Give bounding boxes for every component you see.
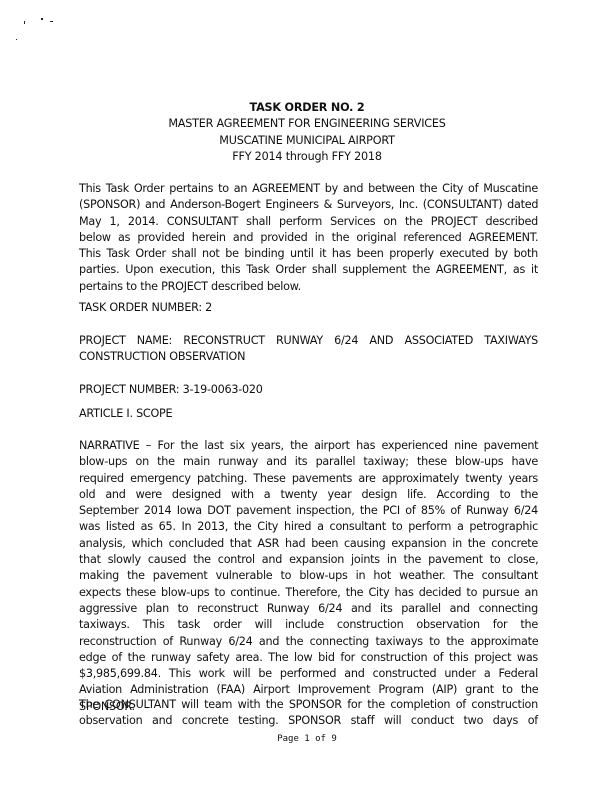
text-line: below as provided herein and provided in… xyxy=(79,230,538,246)
document-header: TASK ORDER NO. 2 MASTER AGREEMENT FOR EN… xyxy=(0,100,614,165)
project-number: PROJECT NUMBER: 3-19-0063-020 xyxy=(79,382,538,398)
text-line: reconstruction of Runway 6/24 and the co… xyxy=(79,634,538,650)
page-number: Page 1 of 9 xyxy=(0,734,614,744)
header-airport: MUSCATINE MUNICIPAL AIRPORT xyxy=(0,133,614,149)
text-line: edge of the runway safety area. The low … xyxy=(79,650,538,666)
text-line: blow-ups on the main runway and its para… xyxy=(79,454,538,470)
text-line: NARRATIVE – For the last six years, the … xyxy=(79,438,538,454)
text-line: old and were designed with a twenty year… xyxy=(79,487,538,503)
scan-speck xyxy=(41,18,43,20)
narrative-paragraph: NARRATIVE – For the last six years, the … xyxy=(79,438,538,715)
text-line: taxiways. This task order will include c… xyxy=(79,617,538,633)
text-line: (SPONSOR) and Anderson-Bogert Engineers … xyxy=(79,197,538,213)
article-heading: ARTICLE I. SCOPE xyxy=(79,406,538,422)
intro-paragraph: This Task Order pertains to an AGREEMENT… xyxy=(79,181,538,295)
scan-speck xyxy=(16,39,17,40)
project-name: PROJECT NAME: RECONSTRUCT RUNWAY 6/24 AN… xyxy=(79,333,538,366)
text-line: observation and concrete testing. SPONSO… xyxy=(79,713,538,729)
text-line: CONSTRUCTION OBSERVATION xyxy=(79,349,538,365)
text-line: required emergency patching. These pavem… xyxy=(79,471,538,487)
scan-speck xyxy=(50,21,53,22)
text-line: This Task Order pertains to an AGREEMENT… xyxy=(79,181,538,197)
text-line: expects these blow-ups to continue. Ther… xyxy=(79,585,538,601)
text-line: was listed as 65. In 2013, the City hire… xyxy=(79,519,538,535)
text-line: The CONSULTANT will team with the SPONSO… xyxy=(79,697,538,713)
consultant-paragraph: The CONSULTANT will team with the SPONSO… xyxy=(79,697,538,730)
task-order-number: TASK ORDER NUMBER: 2 xyxy=(79,300,538,316)
text-line: September 2014 Iowa DOT pavement inspect… xyxy=(79,503,538,519)
header-fiscal-years: FFY 2014 through FFY 2018 xyxy=(0,149,614,165)
text-line: May 1, 2014. CONSULTANT shall perform Se… xyxy=(79,214,538,230)
document-title: TASK ORDER NO. 2 xyxy=(0,100,614,116)
header-agreement: MASTER AGREEMENT FOR ENGINEERING SERVICE… xyxy=(0,116,614,132)
text-line: PROJECT NAME: RECONSTRUCT RUNWAY 6/24 AN… xyxy=(79,333,538,349)
text-line: parties. Upon execution, this Task Order… xyxy=(79,262,538,278)
document-page: TASK ORDER NO. 2 MASTER AGREEMENT FOR EN… xyxy=(0,0,614,800)
text-line: This Task Order shall not be binding unt… xyxy=(79,246,538,262)
text-line: aggressive plan to reconstruct Runway 6/… xyxy=(79,601,538,617)
text-line: that slowly caused the control and expan… xyxy=(79,552,538,568)
text-line: pertains to the PROJECT described below. xyxy=(79,279,538,295)
text-line: making the pavement vulnerable to blow-u… xyxy=(79,568,538,584)
scan-speck xyxy=(24,21,25,24)
text-line: $3,985,699.84. This work will be perform… xyxy=(79,666,538,682)
text-line: analysis, which concluded that ASR had b… xyxy=(79,536,538,552)
